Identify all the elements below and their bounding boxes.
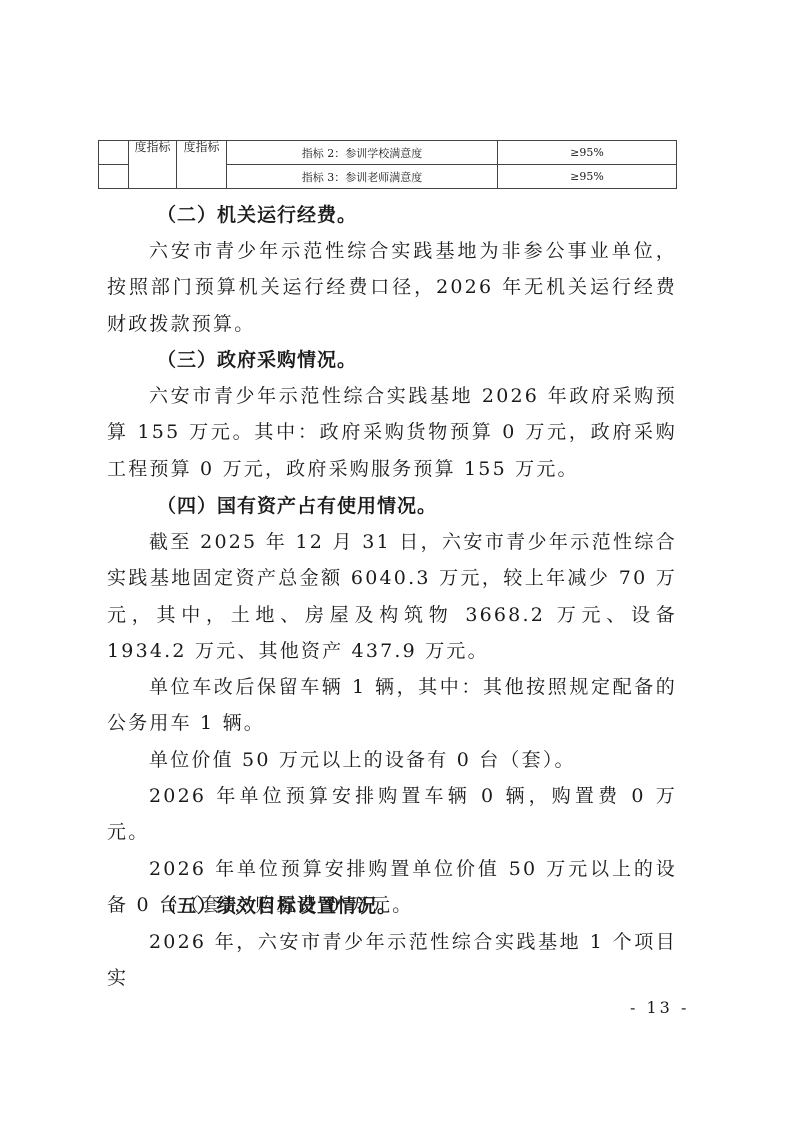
section-performance-targets: （五）绩效目标设置情况。 2026 年，六安市青少年示范性综合实践基地 1 个项… [107,888,677,997]
table-cell-blank [99,165,129,189]
table-row: 度指标 度指标 指标 2：参训学校满意度 ≥95% [99,141,677,165]
section-heading: （三）政府采购情况。 [107,342,677,378]
section-state-assets: （四）国有资产占有使用情况。 截至 2025 年 12 月 31 日，六安市青少… [107,488,677,923]
section-operating-expenses: （二）机关运行经费。 六安市青少年示范性综合实践基地为非参公事业单位，按照部门预… [107,197,677,342]
paragraph: 六安市青少年示范性综合实践基地 2026 年政府采购预算 155 万元。其中：政… [107,378,677,487]
table-cell-category: 度指标 [129,141,177,189]
paragraph: 单位车改后保留车辆 1 辆，其中：其他按照规定配备的公务用车 1 辆。 [107,669,677,742]
paragraph: 六安市青少年示范性综合实践基地为非参公事业单位，按照部门预算机关运行经费口径，2… [107,233,677,342]
table-cell-blank [99,141,129,165]
section-government-procurement: （三）政府采购情况。 六安市青少年示范性综合实践基地 2026 年政府采购预算 … [107,342,677,487]
performance-indicator-table: 度指标 度指标 指标 2：参训学校满意度 ≥95% 指标 3：参训老师满意度 ≥… [98,140,677,189]
table-cell-value: ≥95% [498,141,677,165]
table-cell-value: ≥95% [498,165,677,189]
section-heading: （四）国有资产占有使用情况。 [107,488,677,524]
paragraph: 2026 年单位预算安排购置车辆 0 辆，购置费 0 万元。 [107,778,677,851]
section-heading: （二）机关运行经费。 [107,197,677,233]
section-heading: （五）绩效目标设置情况。 [107,888,677,924]
table-cell-indicator: 指标 3：参训老师满意度 [227,165,498,189]
paragraph: 单位价值 50 万元以上的设备有 0 台（套）。 [107,742,677,778]
paragraph: 2026 年，六安市青少年示范性综合实践基地 1 个项目实 [107,924,677,997]
page-number: - 13 - [630,998,689,1017]
document-page: 度指标 度指标 指标 2：参训学校满意度 ≥95% 指标 3：参训老师满意度 ≥… [0,0,793,1122]
table-cell-indicator: 指标 2：参训学校满意度 [227,141,498,165]
paragraph: 截至 2025 年 12 月 31 日，六安市青少年示范性综合实践基地固定资产总… [107,524,677,669]
table-cell-subcategory: 度指标 [177,141,227,189]
